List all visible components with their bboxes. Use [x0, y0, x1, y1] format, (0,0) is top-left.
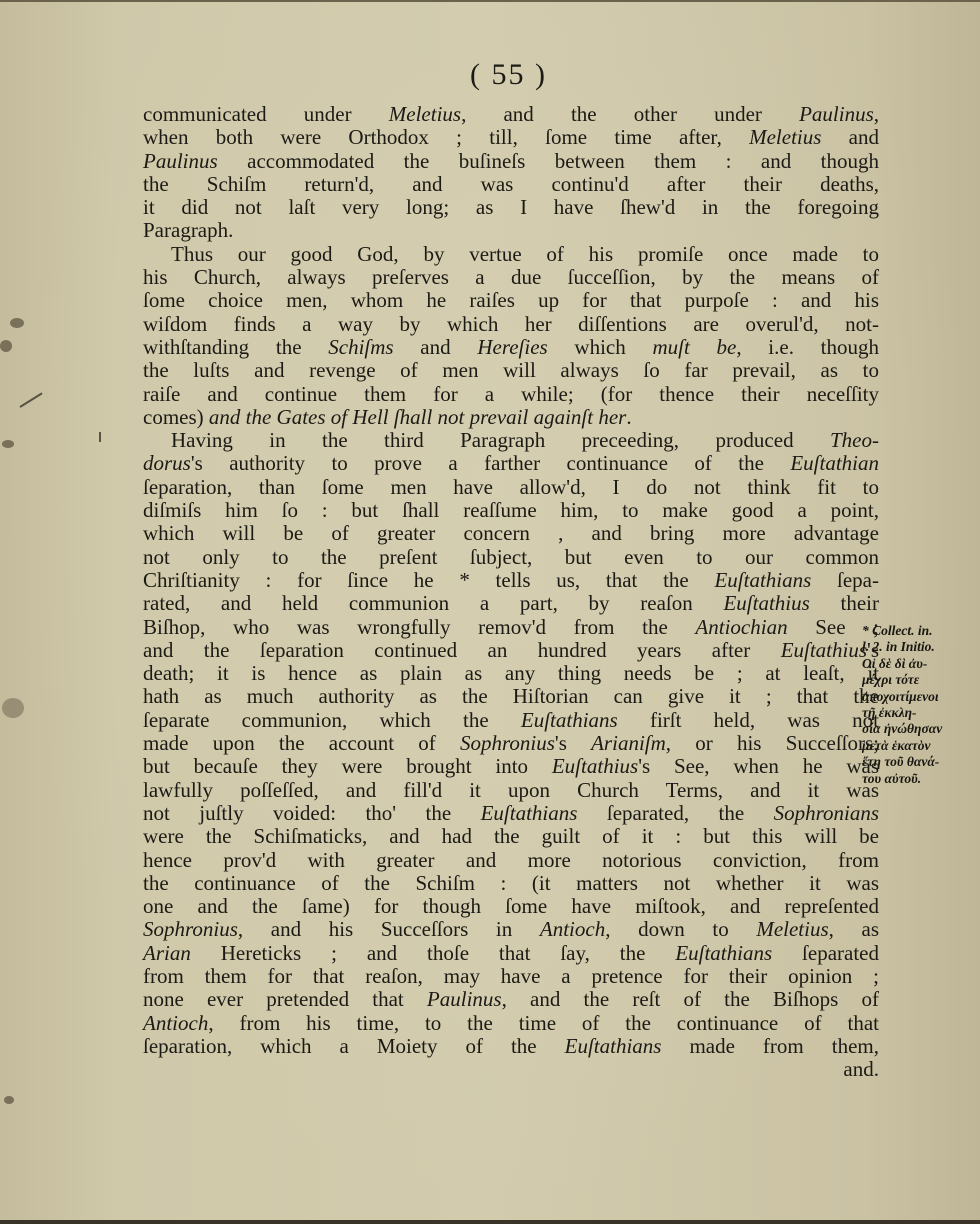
italic-text: Paulinus: [799, 102, 874, 126]
text-run: .: [626, 405, 631, 429]
scratch-mark: [19, 392, 42, 407]
text-run: the Schiſm return'd, and was continu'd a…: [143, 172, 879, 196]
text-run: their: [810, 591, 879, 615]
text-run: and: [394, 335, 478, 359]
italic-text: Euſtathian: [790, 451, 879, 475]
italic-text: Euſtathians: [565, 1034, 662, 1058]
text-run: one and the ſame) for though ſome have m…: [143, 894, 879, 918]
text-line: Having in the third Paragraph preceeding…: [143, 429, 879, 452]
text-line: made upon the account of Sophronius's Ar…: [143, 732, 879, 755]
italic-text: Schiſms: [328, 335, 393, 359]
body-text: communicated under Meletius, and the oth…: [143, 103, 879, 1081]
page-bottom-edge: [0, 1220, 980, 1224]
marginal-note-line: του αὐτοῦ.: [862, 771, 980, 787]
italic-text: Antiochian: [695, 615, 787, 639]
text-line: the luſts and revenge of men will always…: [143, 359, 879, 382]
italic-text: Euſtathius: [781, 638, 867, 662]
text-run: not only to the preſent ſubject, but eve…: [143, 545, 879, 569]
text-run: ſeparation, than ſome men have allow'd, …: [143, 475, 879, 499]
italic-text: Euſtathius: [552, 754, 638, 778]
text-line: withſtanding the Schiſms and Hereſies wh…: [143, 336, 879, 359]
text-line: and the ſeparation continued an hundred …: [143, 639, 879, 662]
text-run: Hereticks ; and thoſe that ſay, the: [191, 941, 675, 965]
text-run: death; it is hence as plain as any thing…: [143, 661, 879, 685]
text-line: were the Schiſmaticks, and had the guilt…: [143, 825, 879, 848]
text-line: communicated under Meletius, and the oth…: [143, 103, 879, 126]
text-run: and the ſeparation continued an hundred …: [143, 638, 781, 662]
text-run: , and the other under: [461, 102, 799, 126]
text-line: Thus our good God, by vertue of his prom…: [143, 243, 879, 266]
text-line: comes) and the Gates of Hell ſhall not p…: [143, 406, 879, 429]
text-line: one and the ſame) for though ſome have m…: [143, 895, 879, 918]
italic-text: muſt be: [652, 335, 736, 359]
text-run: his Church, always preſerves a due ſucce…: [143, 265, 879, 289]
italic-text: Sophronians: [774, 801, 879, 825]
italic-text: dorus: [143, 451, 191, 475]
italic-text: Antioch: [143, 1011, 208, 1035]
italic-text: Paulinus: [427, 987, 502, 1011]
text-run: comes): [143, 405, 209, 429]
text-line: raiſe and continue them for a while; (fo…: [143, 383, 879, 406]
text-run: Having in the third Paragraph preceeding…: [171, 428, 830, 452]
text-run: ſeparated: [772, 941, 879, 965]
marginal-note: * Collect. in.l. 2. in Initio.Οἱ δὲ δὶ ἀ…: [862, 623, 980, 787]
italic-text: Euſtathius: [723, 591, 809, 615]
text-line: Biſhop, who was wrongfully remov'd from …: [143, 616, 879, 639]
marginal-note-line: μετὰ ἑκατὸν: [862, 738, 980, 754]
italic-text: Antioch: [540, 917, 605, 941]
text-run: firſt held, was not: [618, 708, 879, 732]
marginal-note-line: l. 2. in Initio.: [862, 639, 980, 655]
text-run: ſeparate communion, which the: [143, 708, 521, 732]
text-run: ,: [874, 102, 879, 126]
marginal-note-line: * Collect. in.: [862, 623, 980, 639]
italic-text: Euſtathians: [521, 708, 618, 732]
text-run: from them for that reaſon, may have a pr…: [143, 964, 879, 988]
text-run: accommodated the buſineſs between them :…: [218, 149, 879, 173]
text-line: Paulinus accommodated the buſineſs betwe…: [143, 150, 879, 173]
stain-mark: [4, 1096, 14, 1104]
text-run: Paragraph.: [143, 218, 233, 242]
text-line: dorus's authority to prove a farther con…: [143, 452, 879, 475]
italic-text: Meletius: [756, 917, 828, 941]
text-run: Thus our good God, by vertue of his prom…: [171, 242, 879, 266]
text-line: which will be of greater concern , and b…: [143, 522, 879, 545]
text-run: the continuance of the Schiſm : (it matt…: [143, 871, 879, 895]
page-number: ( 55 ): [470, 58, 590, 92]
text-line: but becauſe they were brought into Euſta…: [143, 755, 879, 778]
marginal-note-line: ἀποχοιτίμενοι: [862, 689, 980, 705]
text-run: , and his Succeſſors in: [238, 917, 540, 941]
italic-text: Sophronius: [143, 917, 238, 941]
stain-mark: [0, 340, 12, 352]
text-run: Chriſtianity : for ſince he * tells us, …: [143, 568, 714, 592]
text-line: lawfully poſſeſſed, and fill'd it upon C…: [143, 779, 879, 802]
text-run: , i.e. though: [736, 335, 879, 359]
text-run: , or his Succeſſors;: [666, 731, 879, 755]
italic-text: Meletius: [389, 102, 461, 126]
text-line: Paragraph.: [143, 219, 879, 242]
stain-mark: [10, 318, 24, 328]
stain-mark: [2, 440, 14, 448]
text-run: 's authority to prove a farther continua…: [191, 451, 790, 475]
text-line: rated, and held communion a part, by rea…: [143, 592, 879, 615]
text-run: diſmiſs him ſo : but ſhall reaſſume him,…: [143, 498, 879, 522]
text-run: 's See, when he was: [638, 754, 879, 778]
text-line: from them for that reaſon, may have a pr…: [143, 965, 879, 988]
text-run: wiſdom finds a way by which her diſſenti…: [143, 312, 879, 336]
italic-text: Meletius: [749, 125, 821, 149]
text-run: hath as much authority as the Hiſtorian …: [143, 684, 879, 708]
text-run: when both were Orthodox ; till, ſome tim…: [143, 125, 749, 149]
text-run: rated, and held communion a part, by rea…: [143, 591, 723, 615]
marginal-note-line: σία ἠνώθησαν: [862, 721, 980, 737]
text-run: , as: [829, 917, 879, 941]
text-line: hath as much authority as the Hiſtorian …: [143, 685, 879, 708]
page-top-edge: [0, 0, 980, 2]
italic-text: Hereſies: [477, 335, 547, 359]
text-run: ſome choice men, whom he raiſes up for t…: [143, 288, 879, 312]
text-run: raiſe and continue them for a while; (fo…: [143, 382, 879, 406]
text-run: Biſhop, who was wrongfully remov'd from …: [143, 615, 695, 639]
text-line: death; it is hence as plain as any thing…: [143, 662, 879, 685]
text-line: when both were Orthodox ; till, ſome tim…: [143, 126, 879, 149]
text-run: , and the reſt of the Biſhops of: [502, 987, 879, 1011]
text-run: , from his time, to the time of the cont…: [208, 1011, 879, 1035]
text-run: the luſts and revenge of men will always…: [143, 358, 879, 382]
text-run: made upon the account of: [143, 731, 460, 755]
marginal-note-line: ἔτη τοῦ θανά-: [862, 754, 980, 770]
scanned-page: ( 55 ) communicated under Meletius, and …: [0, 0, 980, 1224]
italic-text: Arian: [143, 941, 191, 965]
text-line: not juſtly voided: tho' the Euſtathians …: [143, 802, 879, 825]
text-run: which: [548, 335, 653, 359]
text-run: but becauſe they were brought into: [143, 754, 552, 778]
text-run: lawfully poſſeſſed, and fill'd it upon C…: [143, 778, 879, 802]
marginal-note-line: Οἱ δὲ δὶ ἀυ-: [862, 656, 980, 672]
text-run: it did not laſt very long; as I have ſhe…: [143, 195, 879, 219]
text-run: hence prov'd with greater and more notor…: [143, 848, 879, 872]
text-run: ſeparation, which a Moiety of the: [143, 1034, 565, 1058]
text-run: none ever pretended that: [143, 987, 427, 1011]
text-run: which will be of greater concern , and b…: [143, 521, 879, 545]
text-run: ſeparated, the: [577, 801, 773, 825]
text-line: wiſdom finds a way by which her diſſenti…: [143, 313, 879, 336]
text-line: diſmiſs him ſo : but ſhall reaſſume him,…: [143, 499, 879, 522]
text-line: Sophronius, and his Succeſſors in Antioc…: [143, 918, 879, 941]
text-line: Arian Hereticks ; and thoſe that ſay, th…: [143, 942, 879, 965]
italic-text: Paulinus: [143, 149, 218, 173]
catchword: and.: [143, 1058, 879, 1081]
italic-text: Arianiſm: [591, 731, 666, 755]
text-line: the continuance of the Schiſm : (it matt…: [143, 872, 879, 895]
italic-text: and the Gates of Hell ſhall not prevail …: [209, 405, 626, 429]
italic-text: Sophronius: [460, 731, 555, 755]
text-line: the Schiſm return'd, and was continu'd a…: [143, 173, 879, 196]
text-run: and: [821, 125, 879, 149]
text-run: withſtanding the: [143, 335, 328, 359]
italic-text: Euſtathians: [675, 941, 772, 965]
marginal-note-line: τῇ ἐκκλη-: [862, 705, 980, 721]
stain-mark: [2, 698, 24, 718]
text-run: ſepa-: [811, 568, 879, 592]
text-line: ſeparation, than ſome men have allow'd, …: [143, 476, 879, 499]
text-run: , down to: [605, 917, 756, 941]
text-run: 's: [555, 731, 591, 755]
italic-text: Euſtathians: [481, 801, 578, 825]
text-line: it did not laſt very long; as I have ſhe…: [143, 196, 879, 219]
text-line: Antioch, from his time, to the time of t…: [143, 1012, 879, 1035]
text-line: ſeparation, which a Moiety of the Euſtat…: [143, 1035, 879, 1058]
text-line: none ever pretended that Paulinus, and t…: [143, 988, 879, 1011]
text-run: made from them,: [661, 1034, 879, 1058]
text-run: not juſtly voided: tho' the: [143, 801, 481, 825]
italic-text: Theo-: [830, 428, 879, 452]
scratch-mark: [99, 432, 101, 442]
text-run: were the Schiſmaticks, and had the guilt…: [143, 824, 879, 848]
text-line: hence prov'd with greater and more notor…: [143, 849, 879, 872]
text-run: communicated under: [143, 102, 389, 126]
text-line: ſeparate communion, which the Euſtathian…: [143, 709, 879, 732]
italic-text: Euſtathians: [714, 568, 811, 592]
marginal-note-line: μέχρι τότε: [862, 672, 980, 688]
text-line: ſome choice men, whom he raiſes up for t…: [143, 289, 879, 312]
text-line: his Church, always preſerves a due ſucce…: [143, 266, 879, 289]
text-line: not only to the preſent ſubject, but eve…: [143, 546, 879, 569]
text-line: Chriſtianity : for ſince he * tells us, …: [143, 569, 879, 592]
